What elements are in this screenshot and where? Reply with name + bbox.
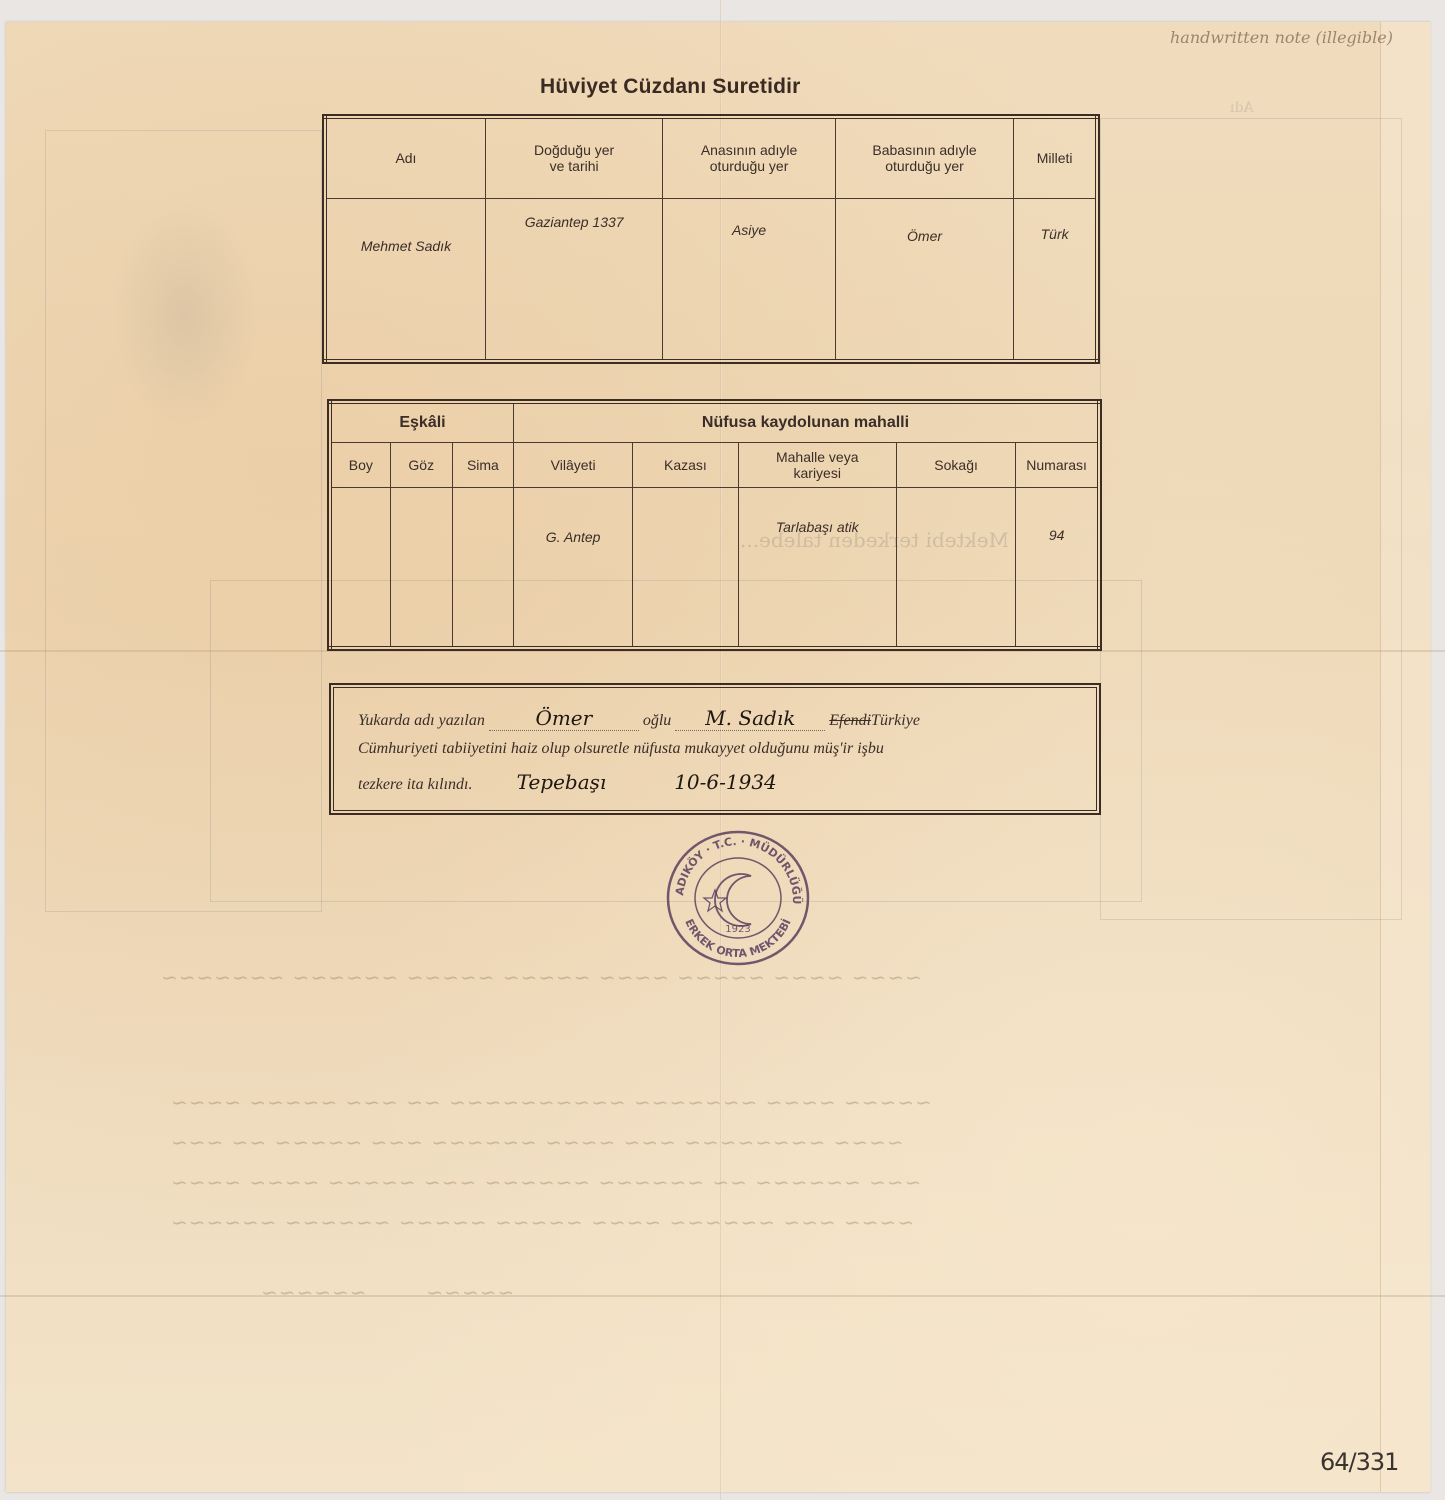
declaration-line-1: Yukarda adı yazılan Ömer oğlu M. Sadık E… — [358, 706, 920, 731]
fold-line-horizontal — [0, 1295, 1445, 1297]
header-name: Adı — [325, 117, 485, 198]
declaration-box: Yukarda adı yazılan Ömer oğlu M. Sadık E… — [330, 684, 1100, 814]
document-title: Hüviyet Cüzdanı Suretidir — [540, 75, 801, 99]
registry-value-row: G. Antep Tarlabaşı atik 94 — [330, 487, 1099, 648]
registry-header-row: Boy Göz Sima Vilâyeti Kazası Mahalle vey… — [330, 442, 1099, 487]
header-street: Sokağı — [896, 442, 1015, 487]
reverse-side-handwriting: ~~~~ ~~~~ ~~~~~ ~~~~ ~~~~~ ~~~~~ ~~~~~~ … — [160, 965, 922, 989]
crescent-icon — [715, 874, 751, 926]
stamp-year: 1923 — [725, 924, 750, 935]
identity-value-row: Mehmet Sadık Gaziantep 1337 Asiye Ömer T… — [325, 198, 1097, 361]
reverse-side-form-frame — [1100, 118, 1402, 920]
header-eye: Göz — [390, 442, 452, 487]
header-nationality: Milleti — [1014, 117, 1097, 198]
header-features-group: Eşkâli — [330, 402, 513, 442]
header-face: Sima — [452, 442, 513, 487]
value-district — [633, 487, 738, 648]
value-name: Mehmet Sadık — [325, 198, 485, 361]
value-father: Ömer — [835, 198, 1013, 361]
value-number: 94 — [1016, 487, 1099, 648]
struck-honorific: Efendi — [829, 712, 871, 729]
stamp-ring-text: KADIKÖY · T.C. · MÜDÜRLÜĞÜ — [663, 828, 804, 904]
reverse-side-photo-shadow — [110, 200, 260, 430]
declaration-prefix: Yukarda adı yazılan — [358, 712, 485, 729]
declaration-son-of: oğlu — [643, 712, 671, 729]
declaration-country: Türkiye — [871, 712, 920, 729]
top-margin-note: handwritten note (illegible) — [1170, 28, 1393, 47]
reverse-side-text: Adı — [1230, 100, 1254, 116]
value-height — [330, 487, 390, 648]
header-number: Numarası — [1016, 442, 1099, 487]
declaration-issued: tezkere ita kılındı. — [358, 776, 472, 793]
reverse-side-handwriting: ~~~~ ~~~ ~~~~~~ ~~~~ ~~~~~ ~~~~~ ~~~~~~ … — [170, 1210, 914, 1234]
registry-group-header-row: Eşkâli Nüfusa kaydolunan mahalli — [330, 402, 1099, 442]
identity-header-row: Adı Doğduğu yer ve tarihi Anasının adıyl… — [325, 117, 1097, 198]
registry-table: Eşkâli Nüfusa kaydolunan mahalli Boy Göz… — [328, 400, 1101, 650]
header-height: Boy — [330, 442, 390, 487]
issue-place-fill: Tepebaşı — [476, 770, 646, 794]
identity-table: Adı Doğduğu yer ve tarihi Anasının adıyl… — [323, 115, 1099, 363]
reverse-side-handwriting: ~~~~~ ~~~~ ~~~~~~~ ~~~~~~~~~~ ~~ ~~~ ~~~… — [170, 1090, 932, 1114]
header-district: Kazası — [633, 442, 738, 487]
reverse-side-handwriting: ~~~~~ ~~~~~~ — [260, 1280, 514, 1304]
value-face — [452, 487, 513, 648]
header-registry-group: Nüfusa kaydolunan mahalli — [513, 402, 1099, 442]
value-nationality: Türk — [1014, 198, 1097, 361]
reverse-side-handwriting: ~~~~ ~~~~~~~~ ~~~ ~~~~ ~~~~~~ ~~~ ~~~~~ … — [170, 1130, 904, 1154]
header-mother: Anasının adıyle oturduğu yer — [663, 117, 835, 198]
declaration-line-2: Cümhuriyeti tabiiyetini haiz olup olsure… — [358, 740, 884, 758]
declaration-line-3: tezkere ita kılındı. Tepebaşı 10-6-1934 — [358, 770, 800, 794]
value-mother: Asiye — [663, 198, 835, 361]
official-seal-stamp: KADIKÖY · T.C. · MÜDÜRLÜĞÜ ERKEK ORTA ME… — [663, 828, 813, 968]
header-neighborhood: Mahalle veya kariyesi — [738, 442, 896, 487]
value-eye — [390, 487, 452, 648]
value-province: G. Antep — [513, 487, 632, 648]
header-father: Babasının adıyle oturduğu yer — [835, 117, 1013, 198]
header-province: Vilâyeti — [513, 442, 632, 487]
catalog-number: 64/331 — [1320, 1448, 1398, 1476]
header-birthplace: Doğduğu yer ve tarihi — [485, 117, 662, 198]
value-street — [896, 487, 1015, 648]
value-birthplace: Gaziantep 1337 — [485, 198, 662, 361]
son-name-fill: M. Sadık — [675, 706, 825, 731]
reverse-side-handwriting: ~~~ ~~~~~~ ~~ ~~~~~~ ~~~~~~ ~~~ ~~~~~ ~~… — [170, 1170, 921, 1194]
father-name-fill: Ömer — [489, 706, 639, 731]
issue-date-fill: 10-6-1934 — [650, 770, 800, 794]
value-neighborhood: Tarlabaşı atik — [738, 487, 896, 648]
